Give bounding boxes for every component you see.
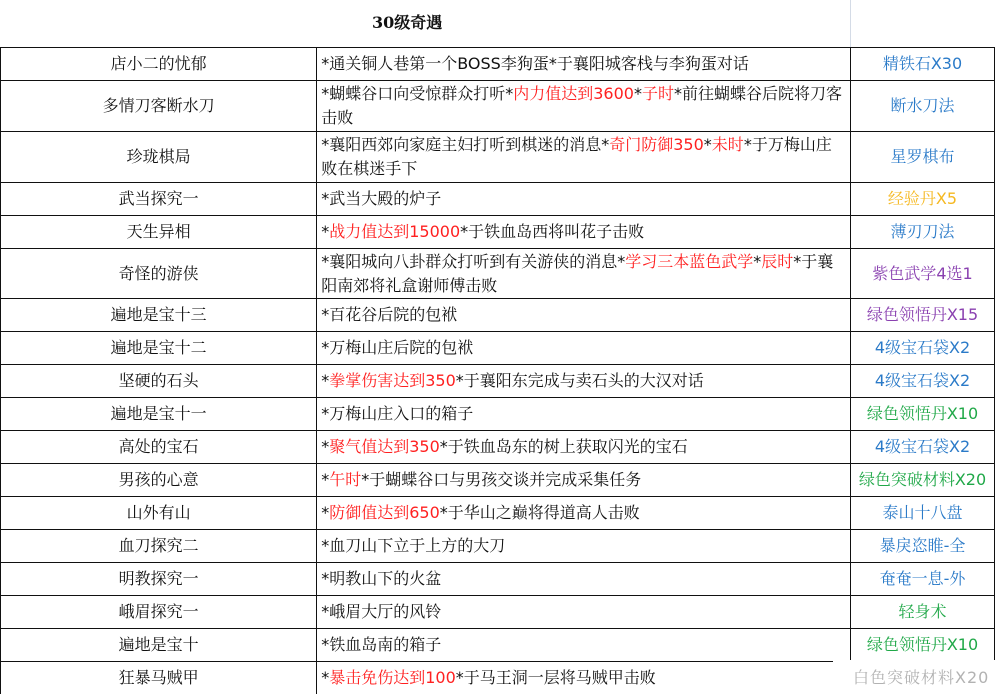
- quest-name[interactable]: 狂暴马贼甲: [1, 662, 317, 694]
- quest-description[interactable]: *战力值达到15000*于铁血岛西将叫花子击败: [317, 216, 851, 249]
- divider: [820, 661, 833, 662]
- quest-description[interactable]: *防御值达到650*于华山之巅将得道高人击败: [317, 497, 851, 530]
- description-text: *: [634, 84, 642, 103]
- quest-description[interactable]: *万梅山庄后院的包袱: [317, 332, 851, 365]
- gridline: [850, 0, 851, 47]
- description-text: *蝴蝶谷口向受惊群众打听*: [321, 84, 513, 103]
- quest-description[interactable]: *明教山下的火盆: [317, 563, 851, 596]
- quest-name[interactable]: 武当探究一: [1, 183, 317, 216]
- quest-reward[interactable]: 泰山十八盘: [851, 497, 995, 530]
- quest-reward[interactable]: 奄奄一息-外: [851, 563, 995, 596]
- requirement-highlight: 暴击免伤达到100: [329, 668, 456, 687]
- table-row: 遍地是宝十*铁血岛南的箱子绿色领悟丹X10: [1, 629, 995, 662]
- description-text: *血刀山下立于上方的大刀: [321, 536, 505, 555]
- quest-name[interactable]: 峨眉探究一: [1, 596, 317, 629]
- quest-reward[interactable]: 轻身术: [851, 596, 995, 629]
- table-row: 多情刀客断水刀*蝴蝶谷口向受惊群众打听*内力值达到3600*子时*前往蝴蝶谷后院…: [1, 81, 995, 132]
- quest-name[interactable]: 血刀探究二: [1, 530, 317, 563]
- description-text: *峨眉大厅的风铃: [321, 602, 441, 621]
- quest-name[interactable]: 多情刀客断水刀: [1, 81, 317, 132]
- quest-description[interactable]: *通关铜人巷第一个BOSS李狗蛋*于襄阳城客栈与李狗蛋对话: [317, 48, 851, 81]
- quest-reward[interactable]: 4级宝石袋X2: [851, 431, 995, 464]
- faded-reward-overlay: 白色突破材料X20: [833, 660, 995, 694]
- quest-description[interactable]: *武当大殿的炉子: [317, 183, 851, 216]
- quest-name[interactable]: 奇怪的游侠: [1, 249, 317, 299]
- quest-reward[interactable]: 紫色武学4选1: [851, 249, 995, 299]
- description-text: *于马王洞一层将马贼甲击败: [456, 668, 656, 687]
- quest-name[interactable]: 山外有山: [1, 497, 317, 530]
- quest-description[interactable]: *峨眉大厅的风铃: [317, 596, 851, 629]
- quest-description[interactable]: *襄阳西郊向家庭主妇打听到棋迷的消息*奇门防御350*未时*于万梅山庄败在棋迷手…: [317, 132, 851, 183]
- quest-description[interactable]: *铁血岛南的箱子: [317, 629, 851, 662]
- table-row: 高处的宝石*聚气值达到350*于铁血岛东的树上获取闪光的宝石4级宝石袋X2: [1, 431, 995, 464]
- description-text: *: [704, 135, 712, 154]
- requirement-highlight: 午时: [329, 470, 361, 489]
- table-row: 明教探究一*明教山下的火盆奄奄一息-外: [1, 563, 995, 596]
- requirement-highlight: 未时: [712, 135, 744, 154]
- table-row: 天生异相*战力值达到15000*于铁血岛西将叫花子击败薄刃刀法: [1, 216, 995, 249]
- title-area: 30级奇遇: [0, 0, 850, 47]
- quest-name[interactable]: 遍地是宝十二: [1, 332, 317, 365]
- table-row: 武当探究一*武当大殿的炉子经验丹X5: [1, 183, 995, 216]
- quest-name[interactable]: 遍地是宝十三: [1, 299, 317, 332]
- quest-reward[interactable]: 经验丹X5: [851, 183, 995, 216]
- quest-reward[interactable]: 4级宝石袋X2: [851, 365, 995, 398]
- quest-description[interactable]: *午时*于蝴蝶谷口与男孩交谈并完成采集任务: [317, 464, 851, 497]
- table-row: 遍地是宝十一*万梅山庄入口的箱子绿色领悟丹X10: [1, 398, 995, 431]
- quest-name[interactable]: 珍珑棋局: [1, 132, 317, 183]
- description-text: *于蝴蝶谷口与男孩交谈并完成采集任务: [361, 470, 641, 489]
- description-text: *明教山下的火盆: [321, 569, 441, 588]
- description-text: *襄阳西郊向家庭主妇打听到棋迷的消息*: [321, 135, 609, 154]
- quest-reward[interactable]: 绿色突破材料X20: [851, 464, 995, 497]
- quest-description[interactable]: *拳掌伤害达到350*于襄阳东完成与卖石头的大汉对话: [317, 365, 851, 398]
- description-text: *襄阳城向八卦群众打听到有关游侠的消息*: [321, 252, 625, 271]
- requirement-highlight: 战力值达到15000: [329, 222, 460, 241]
- table-row: 奇怪的游侠*襄阳城向八卦群众打听到有关游侠的消息*学习三本蓝色武学*辰时*于襄阳…: [1, 249, 995, 299]
- description-text: *于铁血岛西将叫花子击败: [460, 222, 644, 241]
- quest-description[interactable]: *暴击免伤达到100*于马王洞一层将马贼甲击败: [317, 662, 851, 694]
- page-title: 30级奇遇: [372, 10, 442, 33]
- quest-description[interactable]: *聚气值达到350*于铁血岛东的树上获取闪光的宝石: [317, 431, 851, 464]
- quest-reward[interactable]: 绿色领悟丹X10: [851, 398, 995, 431]
- table-row: 遍地是宝十二*万梅山庄后院的包袱4级宝石袋X2: [1, 332, 995, 365]
- description-text: *万梅山庄入口的箱子: [321, 404, 473, 423]
- requirement-highlight: 防御值达到650: [329, 503, 440, 522]
- quest-name[interactable]: 坚硬的石头: [1, 365, 317, 398]
- table-row: 山外有山*防御值达到650*于华山之巅将得道高人击败泰山十八盘: [1, 497, 995, 530]
- quest-name[interactable]: 明教探究一: [1, 563, 317, 596]
- quest-name[interactable]: 遍地是宝十一: [1, 398, 317, 431]
- table-row: 峨眉探究一*峨眉大厅的风铃轻身术: [1, 596, 995, 629]
- table-row: 遍地是宝十三*百花谷后院的包袱绿色领悟丹X15: [1, 299, 995, 332]
- quest-description[interactable]: *蝴蝶谷口向受惊群众打听*内力值达到3600*子时*前往蝴蝶谷后院将刀客击败: [317, 81, 851, 132]
- quest-reward[interactable]: 暴戾恣睢-全: [851, 530, 995, 563]
- quest-name[interactable]: 店小二的忧郁: [1, 48, 317, 81]
- description-text: *于铁血岛东的树上获取闪光的宝石: [440, 437, 688, 456]
- requirement-highlight: 子时: [642, 84, 674, 103]
- quest-reward[interactable]: 精铁石X30: [851, 48, 995, 81]
- table-row: 血刀探究二*血刀山下立于上方的大刀暴戾恣睢-全: [1, 530, 995, 563]
- quest-name[interactable]: 天生异相: [1, 216, 317, 249]
- requirement-highlight: 拳掌伤害达到350: [329, 371, 456, 390]
- quest-reward[interactable]: 星罗棋布: [851, 132, 995, 183]
- quest-reward[interactable]: 绿色领悟丹X10: [851, 629, 995, 662]
- description-text: *于华山之巅将得道高人击败: [440, 503, 640, 522]
- requirement-highlight: 奇门防御350: [609, 135, 704, 154]
- quest-description[interactable]: *血刀山下立于上方的大刀: [317, 530, 851, 563]
- description-text: *于襄阳东完成与卖石头的大汉对话: [456, 371, 704, 390]
- quest-name[interactable]: 男孩的心意: [1, 464, 317, 497]
- table-row: 珍珑棋局*襄阳西郊向家庭主妇打听到棋迷的消息*奇门防御350*未时*于万梅山庄败…: [1, 132, 995, 183]
- quest-reward[interactable]: 4级宝石袋X2: [851, 332, 995, 365]
- requirement-highlight: 辰时: [761, 252, 793, 271]
- quest-reward[interactable]: 断水刀法: [851, 81, 995, 132]
- quest-reward[interactable]: 薄刃刀法: [851, 216, 995, 249]
- quest-name[interactable]: 高处的宝石: [1, 431, 317, 464]
- quest-reward[interactable]: 绿色领悟丹X15: [851, 299, 995, 332]
- description-text: *武当大殿的炉子: [321, 189, 441, 208]
- quest-name[interactable]: 遍地是宝十: [1, 629, 317, 662]
- quest-table: 店小二的忧郁*通关铜人巷第一个BOSS李狗蛋*于襄阳城客栈与李狗蛋对话精铁石X3…: [0, 47, 995, 694]
- description-text: *铁血岛南的箱子: [321, 635, 441, 654]
- description-text: *通关铜人巷第一个BOSS李狗蛋*于襄阳城客栈与李狗蛋对话: [321, 54, 749, 73]
- table-row: 店小二的忧郁*通关铜人巷第一个BOSS李狗蛋*于襄阳城客栈与李狗蛋对话精铁石X3…: [1, 48, 995, 81]
- quest-description[interactable]: *百花谷后院的包袱: [317, 299, 851, 332]
- description-text: *万梅山庄后院的包袱: [321, 338, 473, 357]
- requirement-highlight: 内力值达到3600: [513, 84, 634, 103]
- faded-reward-text: 白色突破材料X20: [853, 665, 989, 688]
- table-row: 男孩的心意*午时*于蝴蝶谷口与男孩交谈并完成采集任务绿色突破材料X20: [1, 464, 995, 497]
- requirement-highlight: 聚气值达到350: [329, 437, 440, 456]
- requirement-highlight: 学习三本蓝色武学: [625, 252, 753, 271]
- description-text: *百花谷后院的包袱: [321, 305, 457, 324]
- quest-description[interactable]: *万梅山庄入口的箱子: [317, 398, 851, 431]
- quest-description[interactable]: *襄阳城向八卦群众打听到有关游侠的消息*学习三本蓝色武学*辰时*于襄阳南郊将礼盒…: [317, 249, 851, 299]
- table-row: 坚硬的石头*拳掌伤害达到350*于襄阳东完成与卖石头的大汉对话4级宝石袋X2: [1, 365, 995, 398]
